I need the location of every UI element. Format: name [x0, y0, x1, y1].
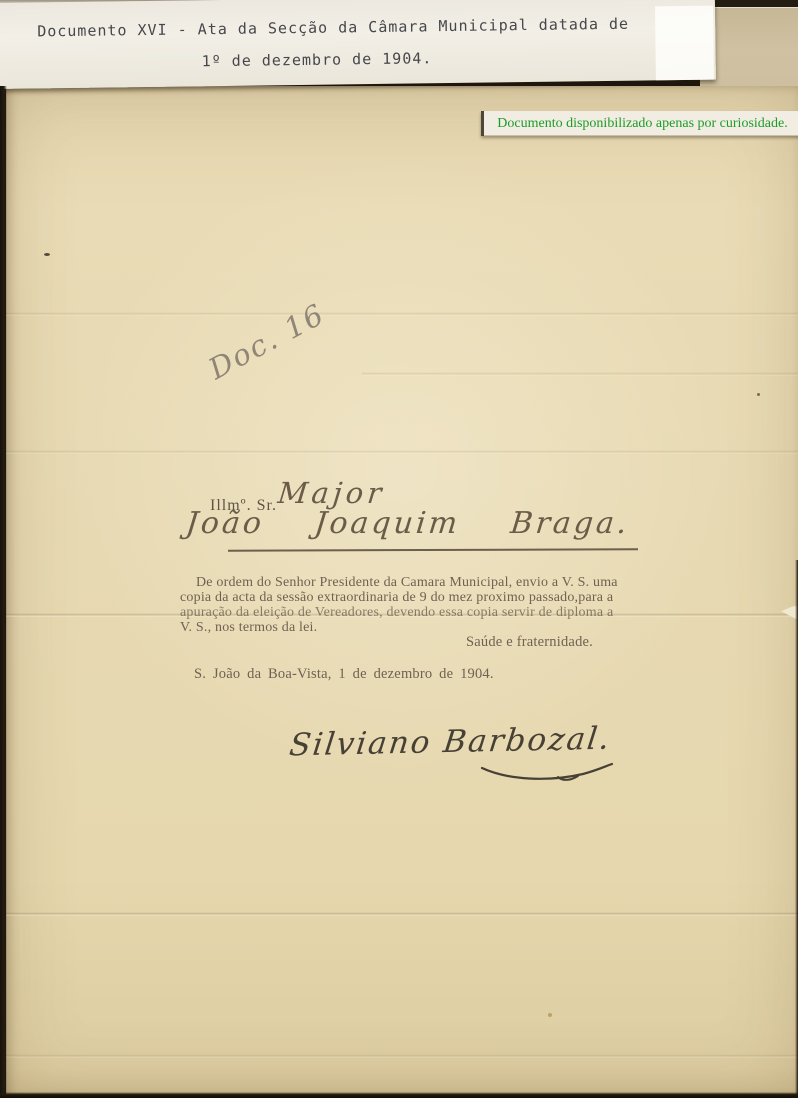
fold-crease — [6, 1054, 798, 1058]
ink-speck — [44, 253, 50, 256]
curiosity-notice: Documento disponibilizado apenas por cur… — [481, 111, 798, 136]
scanned-document: Doc. 16 Illmº. Sr. Major João Joaquim Br… — [0, 0, 798, 1098]
scan-edge-bottom — [0, 1092, 798, 1098]
ink-speck — [757, 393, 760, 396]
closing-formula: Saúde e fraternidade. — [466, 634, 593, 651]
honorific-handwritten: Major — [276, 476, 387, 510]
signature-flourish — [478, 762, 618, 782]
fold-crease — [6, 450, 798, 454]
fold-crease — [6, 912, 798, 916]
stain-speck — [548, 1013, 552, 1017]
archive-label-line1: Documento XVI - Ata da Secção da Câmara … — [37, 15, 629, 41]
archive-label-line2: 1º de dezembro de 1904. — [202, 49, 433, 70]
signature-handwritten: Silviano Barbozal. — [287, 721, 613, 764]
body-line: V. S., nos termos da lei. — [180, 620, 317, 636]
fold-crease — [6, 312, 798, 316]
body-line: copia da acta da sessão extraordinaria d… — [180, 590, 613, 606]
fold-crease — [362, 372, 798, 376]
label-patch — [655, 6, 714, 81]
recipient-name-handwritten: João Joaquim Braga. — [184, 506, 631, 541]
pencil-annotation: Doc. 16 — [203, 297, 330, 386]
archive-label: Documento XVI - Ata da Secção da Câmara … — [0, 0, 716, 89]
scan-edge-left — [0, 86, 7, 1098]
curiosity-notice-text: Documento disponibilizado apenas por cur… — [497, 116, 787, 132]
body-line: De ordem do Senhor Presidente da Camara … — [196, 575, 618, 591]
place-and-date: S. João da Boa-Vista, 1 de dezembro de 1… — [194, 666, 494, 683]
body-line: apuração da eleição de Vereadores, deven… — [180, 605, 613, 621]
